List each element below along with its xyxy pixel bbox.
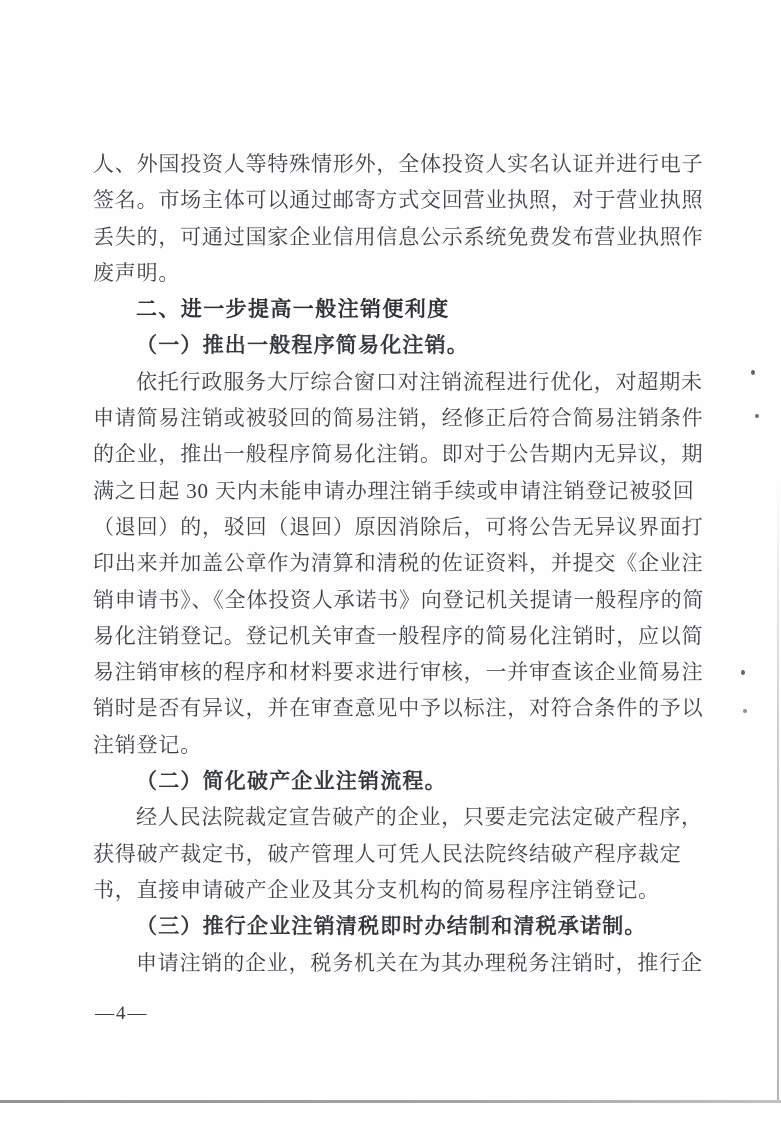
text-line: 丢失的，可通过国家企业信用信息公示系统免费发布营业执照作 [93, 219, 708, 255]
scan-page-edge-right [777, 480, 779, 1102]
document-text-block: 人、外国投资人等特殊情形外，全体投资人实名认证并进行电子 签名。市场主体可以通过… [93, 146, 708, 981]
text-line: 获得破产裁定书，破产管理人可凭人民法院终结破产程序裁定 [93, 836, 708, 872]
text-line: 书，直接申请破产企业及其分支机构的简易程序注销登记。 [93, 872, 708, 908]
text-line: 销时是否有异议，并在审查意见中予以标注，对符合条件的予以 [93, 690, 708, 726]
text-line: 废声明。 [93, 255, 708, 291]
scan-speck [755, 414, 759, 418]
subsection-heading: （一）推出一般程序简易化注销。 [93, 327, 708, 363]
text-line: 人、外国投资人等特殊情形外，全体投资人实名认证并进行电子 [93, 146, 708, 182]
text-line: （退回）的，驳回（退回）原因消除后，可将公告无异议界面打 [93, 509, 708, 545]
text-line: 注销登记。 [93, 727, 708, 763]
text-line: 易注销审核的程序和材料要求进行审核，一并审查该企业简易注 [93, 654, 708, 690]
page-number: —4— [95, 1000, 149, 1028]
subsection-heading: （二）简化破产企业注销流程。 [93, 763, 708, 799]
text-line: 印出来并加盖公章作为清算和清税的佐证资料，并提交《企业注 [93, 545, 708, 581]
text-line: 申请注销的企业，税务机关在为其办理税务注销时，推行企 [93, 945, 708, 981]
text-line: 销申请书》、《全体投资人承诺书》向登记机关提请一般程序的简 [93, 582, 708, 618]
subsection-heading: （三）推行企业注销清税即时办结制和清税承诺制。 [93, 908, 708, 944]
scanned-document-page: 人、外国投资人等特殊情形外，全体投资人实名认证并进行电子 签名。市场主体可以通过… [0, 0, 781, 1121]
text-line: 满之日起 30 天内未能申请办理注销手续或申请注销登记被驳回 [93, 473, 708, 509]
text-line: 申请简易注销或被驳回的简易注销，经修正后符合简易注销条件 [93, 400, 708, 436]
text-line: 的企业，推出一般程序简易化注销。即对于公告期内无异议，期 [93, 436, 708, 472]
scan-page-edge-bottom [0, 1100, 781, 1103]
text-line: 易化注销登记。登记机关审查一般程序的简易化注销时，应以简 [93, 618, 708, 654]
text-line: 经人民法院裁定宣告破产的企业，只要走完法定破产程序， [93, 799, 708, 835]
text-line: 依托行政服务大厅综合窗口对注销流程进行优化，对超期未 [93, 364, 708, 400]
scan-speck [743, 709, 747, 713]
scan-speck [741, 670, 745, 675]
section-heading: 二、进一步提高一般注销便利度 [93, 291, 708, 327]
scan-speck [751, 370, 755, 375]
text-line: 签名。市场主体可以通过邮寄方式交回营业执照，对于营业执照 [93, 182, 708, 218]
